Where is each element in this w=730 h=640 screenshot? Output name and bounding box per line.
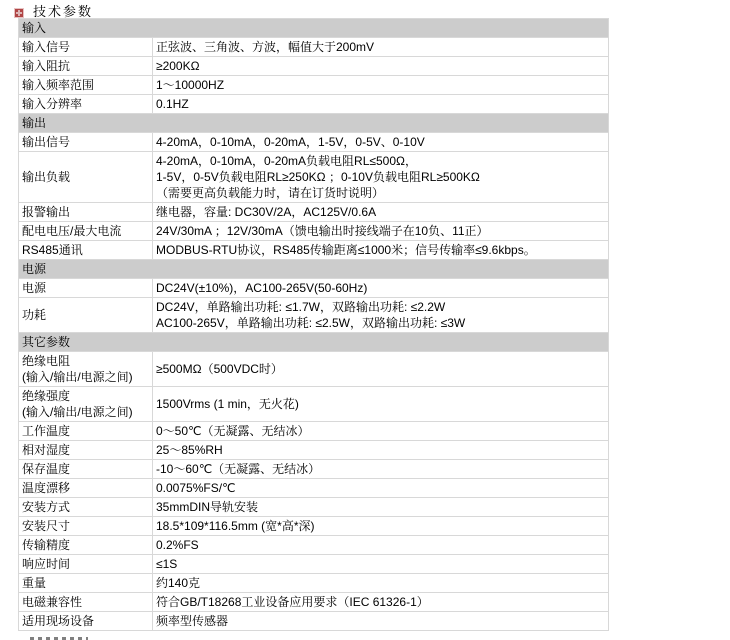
spec-value-cell: 18.5*109*116.5mm (宽*高*深) [153, 517, 609, 536]
spec-label-cell: 输出负载 [19, 152, 153, 203]
table-row: 保存温度 -10～60℃（无凝露、无结冰） [19, 460, 609, 479]
spec-value: 24V/30mA ；12V/30mA（馈电输出时接线端子在10负、11正） [156, 223, 605, 239]
table-row: 适用现场设备 频率型传感器 [19, 612, 609, 631]
spec-value: 符合GB/T18268工业设备应用要求（IEC 61326-1） [156, 594, 605, 610]
table-row: 输入频率范围 1～10000HZ [19, 76, 609, 95]
spec-label-cell: 传输精度 [19, 536, 153, 555]
spec-value-cell: 符合GB/T18268工业设备应用要求（IEC 61326-1） [153, 593, 609, 612]
spec-value-cell: ≤1S [153, 555, 609, 574]
table-row: 温度漂移 0.0075%FS/℃ [19, 479, 609, 498]
spec-value: DC24V(±10%)，AC100-265V(50-60Hz) [156, 280, 605, 296]
spec-value-cell: 1500Vrms (1 min，无火花) [153, 387, 609, 422]
spec-label: 安装尺寸 [22, 518, 149, 534]
spec-label-cell: RS485通讯 [19, 241, 153, 260]
spec-label-cell: 配电电压/最大电流 [19, 222, 153, 241]
spec-value: ≥500MΩ（500VDC时） [156, 361, 605, 377]
spec-value-cell: 约140克 [153, 574, 609, 593]
spec-value: MODBUS-RTU协议，RS485传输距离≤1000米；信号传输率≤9.6kb… [156, 242, 605, 258]
spec-label-cell: 安装方式 [19, 498, 153, 517]
spec-value: 继电器，容量: DC30V/2A，AC125V/0.6A [156, 204, 605, 220]
spec-label: 输出信号 [22, 134, 149, 150]
spec-label: 工作温度 [22, 423, 149, 439]
spec-label: (输入/输出/电源之间) [22, 369, 149, 385]
spec-label: 绝缘强度 [22, 388, 149, 404]
table-row: 电源 DC24V(±10%)，AC100-265V(50-60Hz) [19, 279, 609, 298]
spec-value-cell: ≥500MΩ（500VDC时） [153, 352, 609, 387]
spec-label-cell: 报警输出 [19, 203, 153, 222]
spec-label: 输入阻抗 [22, 58, 149, 74]
spec-label-cell: 输入分辨率 [19, 95, 153, 114]
spec-value-cell: 0～50℃（无凝露、无结冰） [153, 422, 609, 441]
section-header-row: 输出 [19, 114, 609, 133]
spec-label: 输入分辨率 [22, 96, 149, 112]
table-row: 重量 约140克 [19, 574, 609, 593]
spec-label-cell: 功耗 [19, 298, 153, 333]
spec-value: 频率型传感器 [156, 613, 605, 629]
spec-value: 1-5V，0-5V负载电阻RL≥250KΩ ；0-10V负载电阻RL≥500KΩ [156, 169, 605, 185]
spec-value: 0.0075%FS/℃ [156, 480, 605, 496]
table-row: 输入分辨率 0.1HZ [19, 95, 609, 114]
spec-value-cell: 正弦波、三角波、方波，幅值大于200mV [153, 38, 609, 57]
spec-value-cell: 0.0075%FS/℃ [153, 479, 609, 498]
table-row: 安装尺寸 18.5*109*116.5mm (宽*高*深) [19, 517, 609, 536]
spec-value: （需要更高负载能力时，请在订货时说明） [156, 185, 605, 201]
spec-value: 4-20mA，0-10mA，0-20mA，1-5V，0-5V、0-10V [156, 134, 605, 150]
spec-value-cell: 0.2%FS [153, 536, 609, 555]
spec-label: 传输精度 [22, 537, 149, 553]
spec-value: DC24V，单路输出功耗: ≤1.7W，双路输出功耗: ≤2.2W [156, 299, 605, 315]
table-row: 电磁兼容性 符合GB/T18268工业设备应用要求（IEC 61326-1） [19, 593, 609, 612]
spec-value: 18.5*109*116.5mm (宽*高*深) [156, 518, 605, 534]
spec-value-cell: 1～10000HZ [153, 76, 609, 95]
table-row: 报警输出 继电器，容量: DC30V/2A，AC125V/0.6A [19, 203, 609, 222]
spec-value: 约140克 [156, 575, 605, 591]
spec-label-cell: 重量 [19, 574, 153, 593]
spec-label-cell: 输入阻抗 [19, 57, 153, 76]
spec-label-cell: 保存温度 [19, 460, 153, 479]
spec-value: 0.1HZ [156, 96, 605, 112]
spec-value-cell: 35mmDIN导轨安装 [153, 498, 609, 517]
spec-value-cell: 继电器，容量: DC30V/2A，AC125V/0.6A [153, 203, 609, 222]
spec-label: 输入频率范围 [22, 77, 149, 93]
spec-value-cell: 频率型传感器 [153, 612, 609, 631]
spec-value: 35mmDIN导轨安装 [156, 499, 605, 515]
table-row: 传输精度 0.2%FS [19, 536, 609, 555]
spec-value-cell: 4-20mA，0-10mA，0-20mA，1-5V，0-5V、0-10V [153, 133, 609, 152]
spec-table: 输入 输入信号 正弦波、三角波、方波，幅值大于200mV 输入阻抗 ≥200KΩ… [18, 18, 609, 631]
spec-value: 正弦波、三角波、方波，幅值大于200mV [156, 39, 605, 55]
table-row: 绝缘电阻 (输入/输出/电源之间) ≥500MΩ（500VDC时） [19, 352, 609, 387]
spec-value: 1～10000HZ [156, 77, 605, 93]
spec-label: 功耗 [22, 307, 149, 323]
spec-value-cell: DC24V，单路输出功耗: ≤1.7W，双路输出功耗: ≤2.2W AC100-… [153, 298, 609, 333]
page-title: 技术参数 [33, 1, 93, 20]
spec-value-cell: -10～60℃（无凝露、无结冰） [153, 460, 609, 479]
section-header-row: 输入 [19, 19, 609, 38]
spec-value-cell: DC24V(±10%)，AC100-265V(50-60Hz) [153, 279, 609, 298]
spec-label: 响应时间 [22, 556, 149, 572]
spec-label-cell: 安装尺寸 [19, 517, 153, 536]
spec-value: 0～50℃（无凝露、无结冰） [156, 423, 605, 439]
spec-label: 输入信号 [22, 39, 149, 55]
section-header-row: 其它参数 [19, 333, 609, 352]
spec-label: (输入/输出/电源之间) [22, 404, 149, 420]
spec-label: 重量 [22, 575, 149, 591]
spec-value-cell: 25～85%RH [153, 441, 609, 460]
spec-label-cell: 电源 [19, 279, 153, 298]
section-header: 电源 [19, 260, 609, 279]
spec-value-cell: 4-20mA，0-10mA，0-20mA负载电阻RL≤500Ω， 1-5V，0-… [153, 152, 609, 203]
table-row: 输出信号 4-20mA，0-10mA，0-20mA，1-5V，0-5V、0-10… [19, 133, 609, 152]
spec-label-cell: 温度漂移 [19, 479, 153, 498]
spec-value: 25～85%RH [156, 442, 605, 458]
table-row: 输入阻抗 ≥200KΩ [19, 57, 609, 76]
spec-label-cell: 输入频率范围 [19, 76, 153, 95]
spec-value-cell: MODBUS-RTU协议，RS485传输距离≤1000米；信号传输率≤9.6kb… [153, 241, 609, 260]
table-row: 输出负载 4-20mA，0-10mA，0-20mA负载电阻RL≤500Ω， 1-… [19, 152, 609, 203]
spec-value-cell: 0.1HZ [153, 95, 609, 114]
table-row: 相对湿度 25～85%RH [19, 441, 609, 460]
spec-label-cell: 绝缘强度 (输入/输出/电源之间) [19, 387, 153, 422]
spec-value: -10～60℃（无凝露、无结冰） [156, 461, 605, 477]
spec-label-cell: 输入信号 [19, 38, 153, 57]
spec-label-cell: 适用现场设备 [19, 612, 153, 631]
spec-label-cell: 电磁兼容性 [19, 593, 153, 612]
section-header: 输入 [19, 19, 609, 38]
spec-label-cell: 输出信号 [19, 133, 153, 152]
spec-label: 绝缘电阻 [22, 353, 149, 369]
spec-label-cell: 响应时间 [19, 555, 153, 574]
spec-value: 1500Vrms (1 min，无火花) [156, 396, 605, 412]
table-row: 输入信号 正弦波、三角波、方波，幅值大于200mV [19, 38, 609, 57]
section-header-row: 电源 [19, 260, 609, 279]
spec-label-cell: 工作温度 [19, 422, 153, 441]
spec-label-cell: 绝缘电阻 (输入/输出/电源之间) [19, 352, 153, 387]
spec-label: 电磁兼容性 [22, 594, 149, 610]
spec-label: 保存温度 [22, 461, 149, 477]
spec-label: 配电电压/最大电流 [22, 223, 149, 239]
section-header: 其它参数 [19, 333, 609, 352]
spec-value: ≥200KΩ [156, 58, 605, 74]
section-header: 输出 [19, 114, 609, 133]
table-row: 配电电压/最大电流 24V/30mA ；12V/30mA（馈电输出时接线端子在1… [19, 222, 609, 241]
table-row: 绝缘强度 (输入/输出/电源之间) 1500Vrms (1 min，无火花) [19, 387, 609, 422]
spec-label: 报警输出 [22, 204, 149, 220]
spec-label: 温度漂移 [22, 480, 149, 496]
table-row: 工作温度 0～50℃（无凝露、无结冰） [19, 422, 609, 441]
table-row: 响应时间 ≤1S [19, 555, 609, 574]
table-row: 安装方式 35mmDIN导轨安装 [19, 498, 609, 517]
spec-value-cell: ≥200KΩ [153, 57, 609, 76]
spec-label-cell: 相对湿度 [19, 441, 153, 460]
spec-label: 相对湿度 [22, 442, 149, 458]
table-row: RS485通讯 MODBUS-RTU协议，RS485传输距离≤1000米；信号传… [19, 241, 609, 260]
spec-value: ≤1S [156, 556, 605, 572]
spec-value: 4-20mA，0-10mA，0-20mA负载电阻RL≤500Ω， [156, 153, 605, 169]
spec-label: 输出负载 [22, 169, 149, 185]
page-title-bar: 技术参数 [0, 0, 730, 18]
spec-label: RS485通讯 [22, 242, 149, 258]
spec-value-cell: 24V/30mA ；12V/30mA（馈电输出时接线端子在10负、11正） [153, 222, 609, 241]
spec-label: 适用现场设备 [22, 613, 149, 629]
spec-value: 0.2%FS [156, 537, 605, 553]
spec-label: 安装方式 [22, 499, 149, 515]
red-bullet-icon [14, 5, 24, 15]
spec-value: AC100-265V，单路输出功耗: ≤2.5W，双路输出功耗: ≤3W [156, 315, 605, 331]
table-row: 功耗 DC24V，单路输出功耗: ≤1.7W，双路输出功耗: ≤2.2W AC1… [19, 298, 609, 333]
spec-label: 电源 [22, 280, 149, 296]
